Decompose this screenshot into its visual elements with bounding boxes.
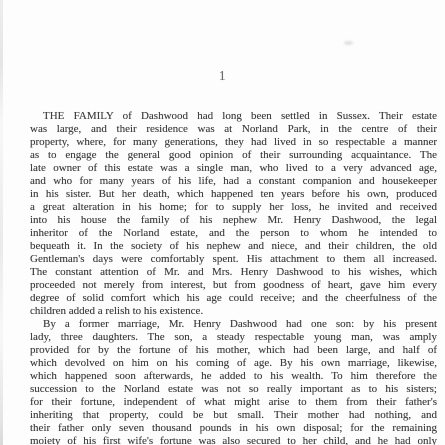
- text-line: inheritor of the Norland estate, and the…: [30, 227, 437, 240]
- book-page: 1 THE FAMILY of Dashwood had long been s…: [0, 0, 445, 445]
- text-line: inheriting that property, could be but s…: [30, 409, 437, 422]
- text-line: THE FAMILY of Dashwood had long been set…: [30, 110, 437, 123]
- page-text: THE FAMILY of Dashwood had long been set…: [30, 110, 437, 445]
- scan-edge-artifact: [0, 0, 3, 445]
- text-line: as to engage the general good opinion of…: [30, 149, 437, 162]
- text-line: property, where, for many generations, t…: [30, 136, 437, 149]
- text-line: for their fortune, independent of what m…: [30, 396, 437, 409]
- text-line: Gentleman's days were comfortably spent.…: [30, 253, 437, 266]
- text-line: provided for by the fortune of his mothe…: [30, 344, 437, 357]
- text-line: degree of solid comfort which his age co…: [30, 292, 437, 305]
- text-line: By a former marriage, Mr. Henry Dashwood…: [30, 318, 437, 331]
- text-line: succession to the Norland estate was not…: [30, 383, 437, 396]
- text-line: lady, three daughters. The son, a steady…: [30, 331, 437, 344]
- text-line: The constant attention of Mr. and Mrs. H…: [30, 266, 437, 279]
- text-line: which happened soon afterwards, he added…: [30, 370, 437, 383]
- text-line: into his house the family of his nephew …: [30, 214, 437, 227]
- text-line: and who for many years of his life, had …: [30, 175, 437, 188]
- text-line: late owner of this estate was a single m…: [30, 162, 437, 175]
- chapter-number: 1: [0, 69, 445, 83]
- text-line: a great alteration in his home; for to s…: [30, 201, 437, 214]
- text-line: bequeath it. In the society of his nephe…: [30, 240, 437, 253]
- text-line: moiety of his first wife's fortune was a…: [30, 435, 437, 445]
- scan-smudge-artifact: [344, 41, 353, 45]
- text-line: which devolved on him on his coming of a…: [30, 357, 437, 370]
- text-line: in his sister. But her death, which happ…: [30, 188, 437, 201]
- text-line: children added a relish to his existence…: [30, 305, 437, 318]
- text-line: their father only seven thousand pounds …: [30, 422, 437, 435]
- text-line: was large, and their residence was at No…: [30, 123, 437, 136]
- text-line: proceeded not merely from interest, but …: [30, 279, 437, 292]
